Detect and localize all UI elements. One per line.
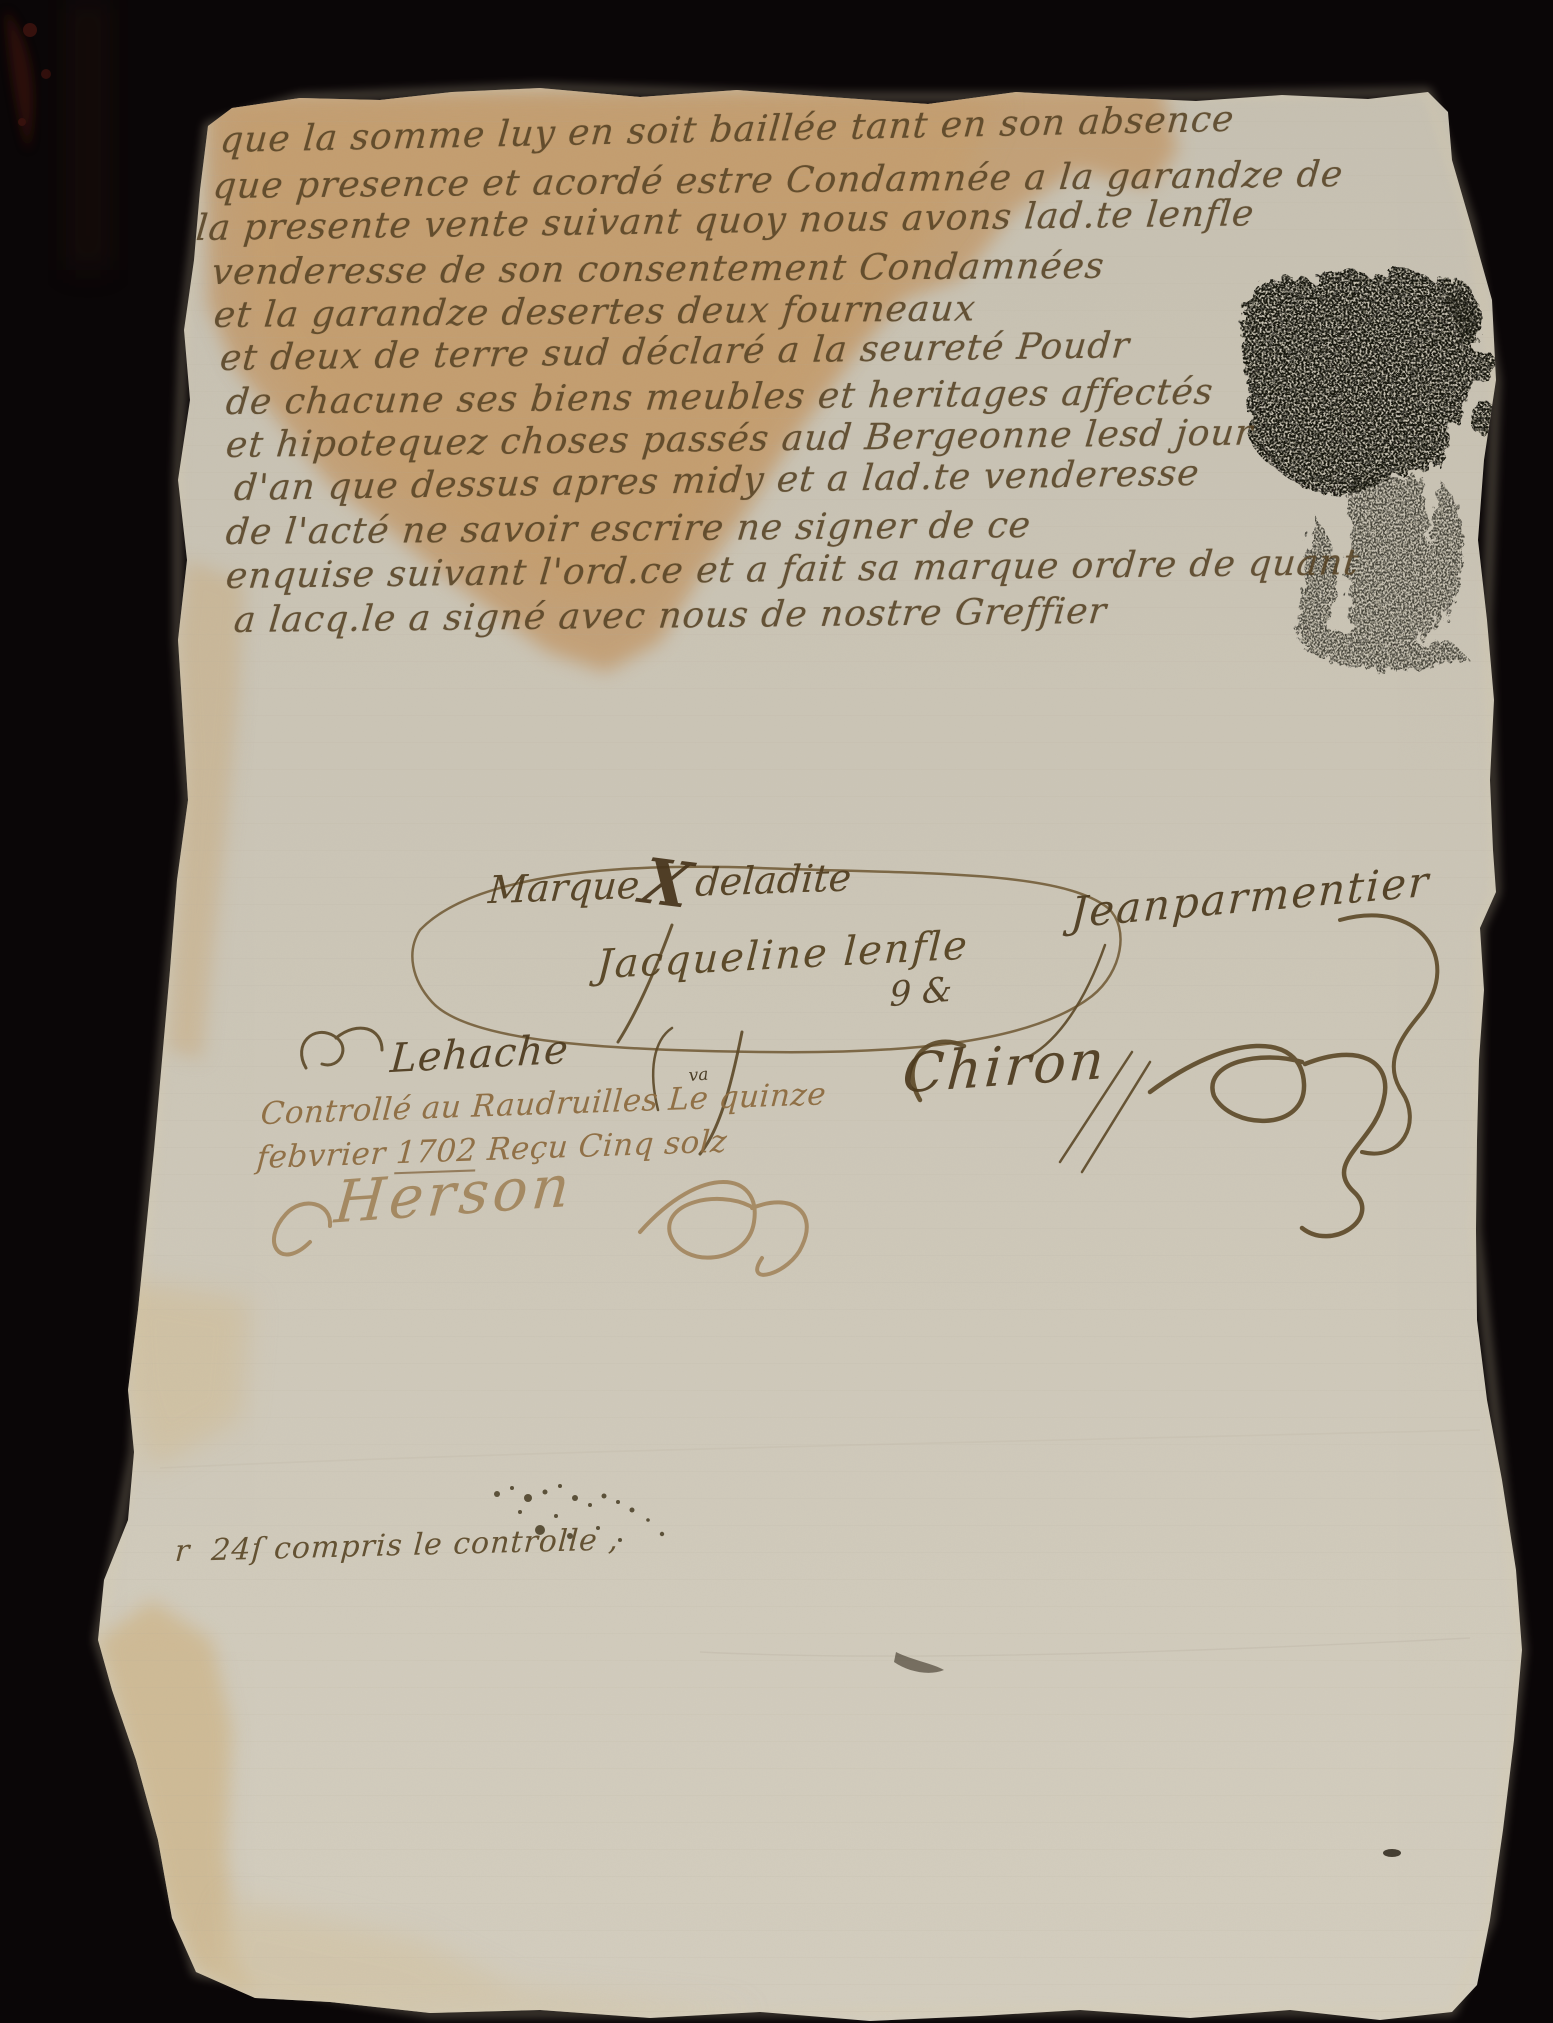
fee-note-tick: r bbox=[174, 1534, 191, 1569]
signature-lehache: Lehache bbox=[389, 1027, 571, 1083]
signature-chiron-mark: 9 & bbox=[889, 970, 952, 1016]
ink-fleck bbox=[1383, 1849, 1401, 1857]
marque-suffix: deladite bbox=[694, 855, 853, 905]
marque-prefix: Marque bbox=[487, 863, 641, 912]
manuscript-line: venderesse de son consentement Condamnée… bbox=[210, 246, 1107, 293]
manuscript-line: de l'acté ne savoir escrire ne signer de… bbox=[224, 505, 1033, 553]
signature-cross-mark: X bbox=[643, 881, 690, 887]
manuscript-scan: que la somme luy en soit baillée tant en… bbox=[0, 0, 1553, 2023]
